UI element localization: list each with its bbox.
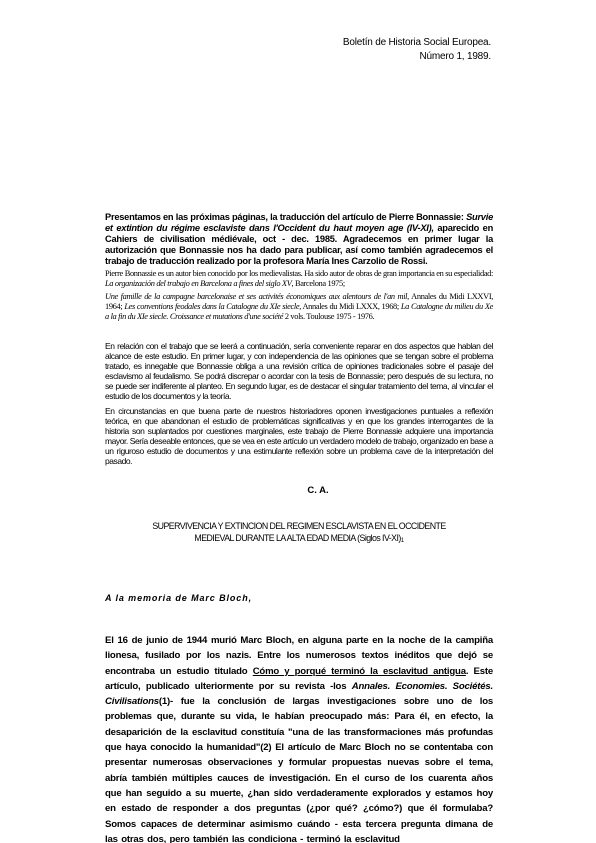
circumstances-paragraph: En circunstancias en que buena parte de … [105,406,493,467]
article-title-line-2: MEDIEVAL DURANTE LA ALTA EDAD MEDIA (Sig… [105,533,493,548]
ref1-text-a: Pierre Bonnassie es un autor bien conoci… [105,269,493,278]
ref1-text-b: , Barcelona 1975; [291,279,344,288]
signature: C. A. [0,485,596,496]
issue-number: Número 1, 1989. [343,50,491,64]
ref2-pub-2: , Annales du Midi LXXX, 1968; [299,302,399,311]
relation-paragraph: En relación con el trabajo que se leerá … [105,341,493,402]
intro-text-a: Presentamos en las próximas páginas, la … [105,212,464,222]
article-title-line-1: SUPERVIVENCIA Y EXTINCION DEL REGIMEN ES… [105,521,493,533]
ref2-pub-3: 2 vols. Toulouse 1975 - 1976. [283,312,374,321]
ref2-title-2: Les conventions feodales dans la Catalog… [124,302,299,311]
reference-paragraph-2: Une famille de la campagne barcelonaise … [105,292,493,323]
journal-name: Boletín de Historia Social Europea. [343,36,491,50]
reference-paragraph-1: Pierre Bonnassie es un autor bien conoci… [105,269,493,288]
intro-paragraph: Presentamos en las próximas páginas, la … [105,212,493,267]
running-header: Boletín de Historia Social Europea. Núme… [343,36,491,64]
dedication: A la memoria de Marc Bloch, [105,593,252,603]
article-title: SUPERVIVENCIA Y EXTINCION DEL REGIMEN ES… [105,521,493,547]
ref2-title-1: Une famille de la campagne barcelonaise … [105,292,407,301]
footnote-marker: 1 [401,538,404,544]
document-page: Boletín de Historia Social Europea. Núme… [0,0,596,843]
ref1-title: La organización del trabajo en Barcelona… [105,279,291,288]
article-title-line-2-text: MEDIEVAL DURANTE LA ALTA EDAD MEDIA (Sig… [194,533,400,543]
main-text-c: (1)- fue la conclusión de largas investi… [105,696,493,843]
bloch-article-title: Cómo y porqué terminó la esclavitud anti… [253,666,466,677]
main-paragraph: El 16 de junio de 1944 murió Marc Bloch,… [105,633,493,843]
